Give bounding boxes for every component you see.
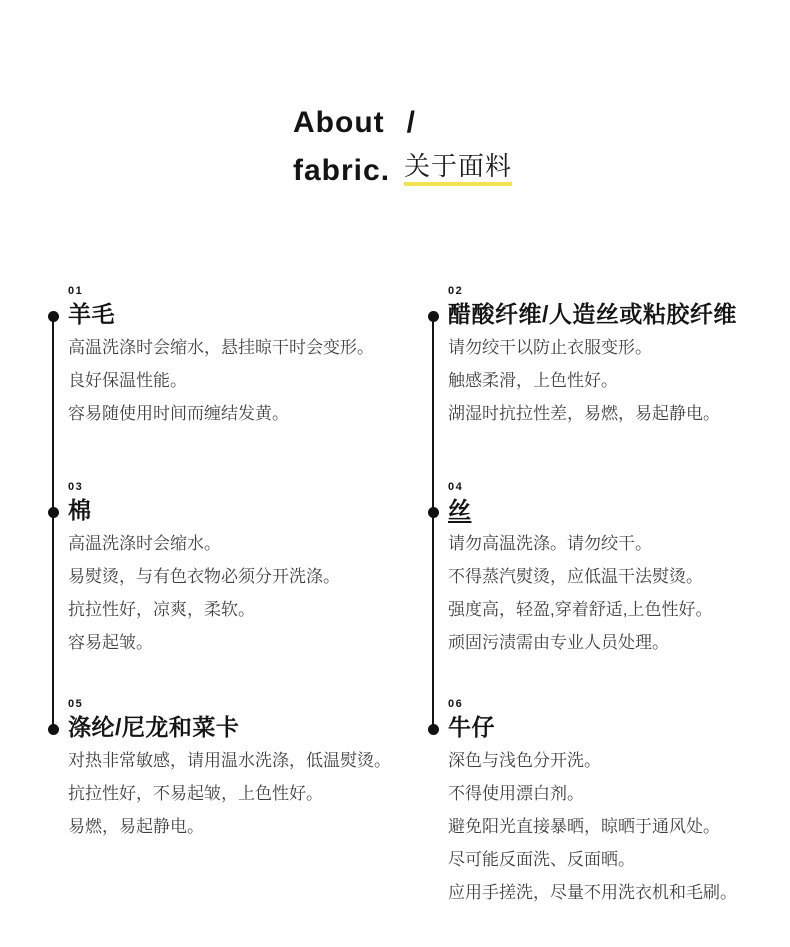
section-line: 请勿高温洗涤。请勿绞干。 [448, 527, 772, 560]
fabric-section-cotton: 03 棉 高温洗涤时会缩水。 易熨烫，与有色衣物必须分开洗涤。 抗拉性好，凉爽，… [40, 481, 412, 659]
section-number: 02 [448, 285, 772, 298]
section-line: 顽固污渍需由专业人员处理。 [448, 626, 772, 659]
bullet-dot [48, 311, 59, 322]
bullet-dot [428, 311, 439, 322]
section-title: 棉 [68, 497, 412, 523]
section-line: 强度高，轻盈,穿着舒适,上色性好。 [448, 593, 772, 626]
section-line: 易熨烫，与有色衣物必须分开洗涤。 [68, 560, 412, 593]
section-line: 应用手搓洗，尽量不用洗衣机和毛刷。 [448, 876, 772, 909]
section-body: 请勿高温洗涤。请勿绞干。 不得蒸汽熨烫，应低温干法熨烫。 强度高，轻盈,穿着舒适… [448, 527, 772, 659]
fabric-section-acetate: 02 醋酸纤维/人造丝或粘胶纤维 请勿绞干以防止衣服变形。 触感柔滑，上色性好。… [420, 285, 772, 430]
section-line: 容易起皱。 [68, 626, 412, 659]
bullet-dot [428, 724, 439, 735]
section-number: 06 [448, 698, 772, 711]
fabric-info-page: About/ fabric. 关于面料 01 羊毛 高温洗涤时会缩水，悬挂晾干时… [0, 0, 790, 947]
title-about-text: About [293, 106, 385, 139]
section-line: 深色与浅色分开洗。 [448, 744, 772, 777]
section-line: 不得使用漂白剂。 [448, 777, 772, 810]
section-number: 04 [448, 481, 772, 494]
section-line: 易燃，易起静电。 [68, 810, 412, 843]
bullet-dot [48, 507, 59, 518]
title-fabric-text: fabric. [293, 156, 390, 186]
section-line: 抗拉性好，凉爽，柔软。 [68, 593, 412, 626]
fabric-section-wool: 01 羊毛 高温洗涤时会缩水，悬挂晾干时会变形。 良好保温性能。 容易随使用时间… [40, 285, 412, 430]
section-line: 良好保温性能。 [68, 364, 412, 397]
section-title: 涤纶/尼龙和菜卡 [68, 714, 412, 740]
section-title: 羊毛 [68, 301, 412, 327]
section-number: 05 [68, 698, 412, 711]
section-body: 高温洗涤时会缩水。 易熨烫，与有色衣物必须分开洗涤。 抗拉性好，凉爽，柔软。 容… [68, 527, 412, 659]
bullet-dot [48, 724, 59, 735]
section-title: 丝 [448, 497, 772, 523]
section-title: 牛仔 [448, 714, 772, 740]
title-line-2: fabric. 关于面料 [293, 152, 512, 186]
section-body: 高温洗涤时会缩水，悬挂晾干时会变形。 良好保温性能。 容易随使用时间而缠结发黄。 [68, 331, 412, 430]
section-line: 对热非常敏感，请用温水洗涤，低温熨烫。 [68, 744, 412, 777]
section-line: 高温洗涤时会缩水。 [68, 527, 412, 560]
section-line: 避免阳光直接暴晒，晾晒于通风处。 [448, 810, 772, 843]
section-line: 请勿绞干以防止衣服变形。 [448, 331, 772, 364]
section-line: 不得蒸汽熨烫，应低温干法熨烫。 [448, 560, 772, 593]
fabric-section-silk: 04 丝 请勿高温洗涤。请勿绞干。 不得蒸汽熨烫，应低温干法熨烫。 强度高，轻盈… [420, 481, 772, 659]
title-line-1: About/ [293, 108, 512, 138]
bullet-dot [428, 507, 439, 518]
fabric-section-polyester: 05 涤纶/尼龙和菜卡 对热非常敏感，请用温水洗涤，低温熨烫。 抗拉性好，不易起… [40, 698, 412, 843]
title-slash: / [407, 106, 416, 139]
section-body: 对热非常敏感，请用温水洗涤，低温熨烫。 抗拉性好，不易起皱，上色性好。 易燃，易… [68, 744, 412, 843]
section-number: 01 [68, 285, 412, 298]
section-line: 容易随使用时间而缠结发黄。 [68, 397, 412, 430]
section-body: 深色与浅色分开洗。 不得使用漂白剂。 避免阳光直接暴晒，晾晒于通风处。 尽可能反… [448, 744, 772, 909]
page-title: About/ fabric. 关于面料 [293, 108, 512, 186]
section-line: 触感柔滑，上色性好。 [448, 364, 772, 397]
section-line: 尽可能反面洗、反面晒。 [448, 843, 772, 876]
section-title: 醋酸纤维/人造丝或粘胶纤维 [448, 301, 772, 327]
section-line: 抗拉性好，不易起皱，上色性好。 [68, 777, 412, 810]
title-chinese-text: 关于面料 [404, 152, 512, 186]
section-body: 请勿绞干以防止衣服变形。 触感柔滑，上色性好。 湖湿时抗拉性差，易燃，易起静电。 [448, 331, 772, 430]
fabric-section-denim: 06 牛仔 深色与浅色分开洗。 不得使用漂白剂。 避免阳光直接暴晒，晾晒于通风处… [420, 698, 772, 909]
section-line: 高温洗涤时会缩水，悬挂晾干时会变形。 [68, 331, 412, 364]
section-number: 03 [68, 481, 412, 494]
section-line: 湖湿时抗拉性差，易燃，易起静电。 [448, 397, 772, 430]
